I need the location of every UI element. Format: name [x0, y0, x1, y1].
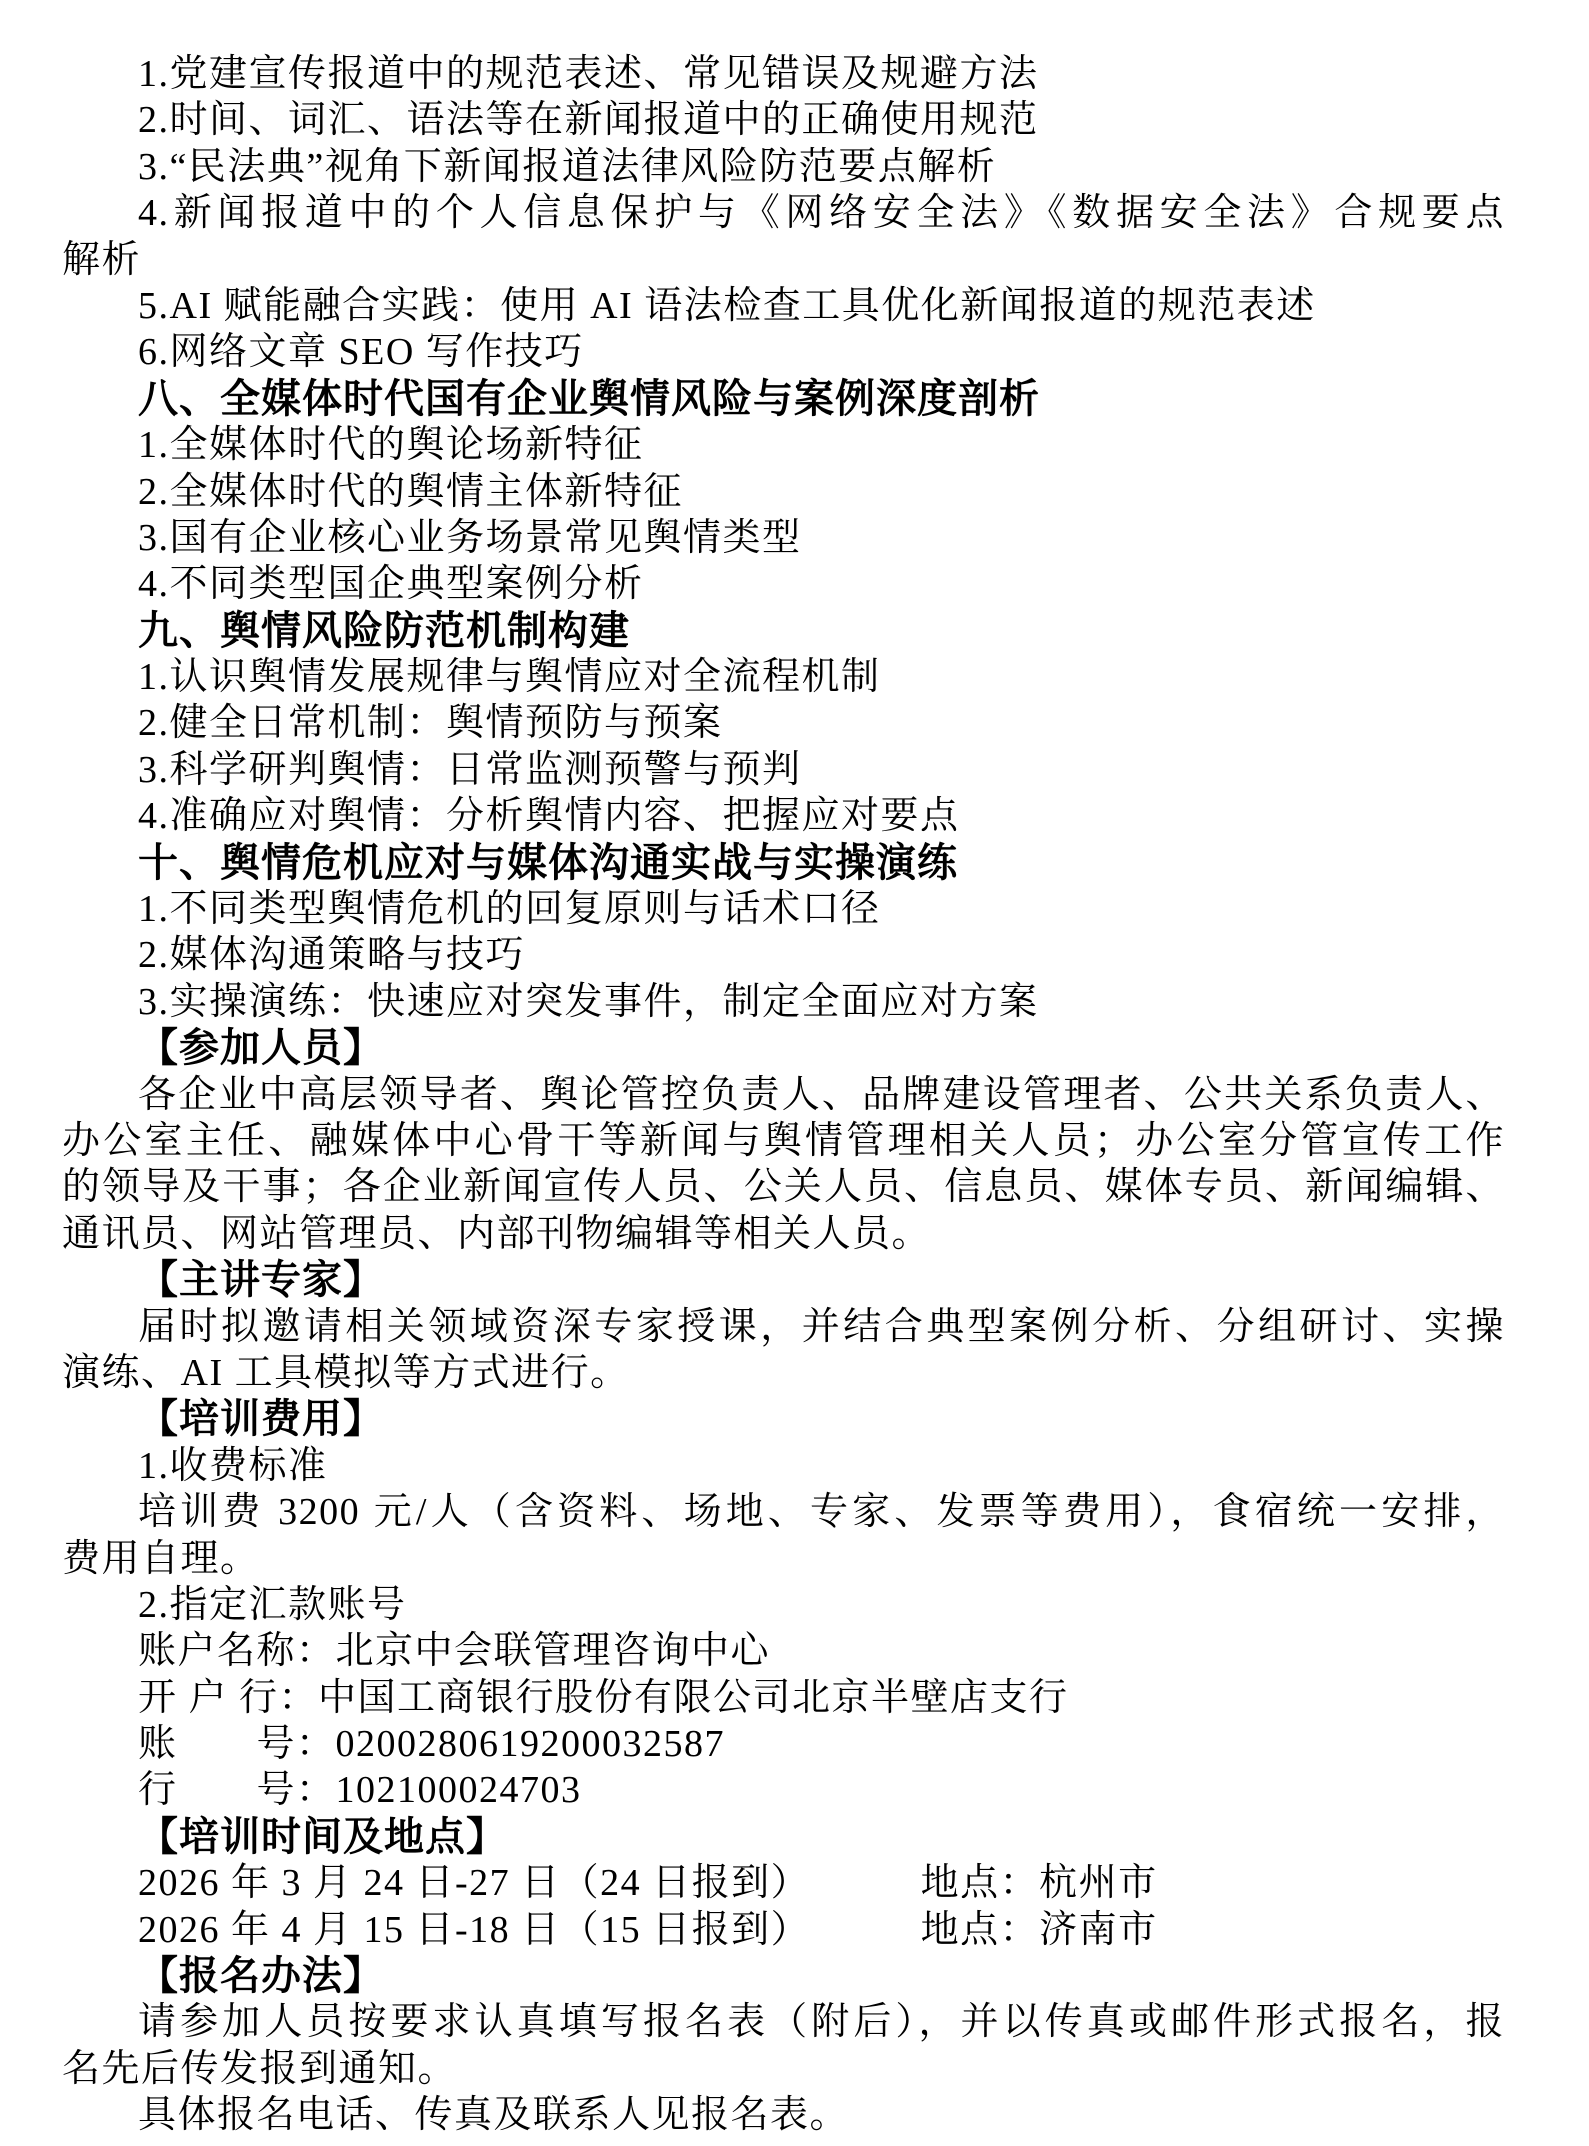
text-line: 4.准确应对舆情：分析舆情内容、把握应对要点	[62, 793, 1505, 839]
text-line: 演练、AI 工具模拟等方式进行。	[62, 1350, 1505, 1396]
text-line: 各企业中高层领导者、舆论管控负责人、品牌建设管理者、公共关系负责人、	[62, 1072, 1505, 1118]
text-line: 具体报名电话、传真及联系人见报名表。	[62, 2092, 1505, 2138]
text-line: 2.指定汇款账号	[62, 1582, 1505, 1628]
bank-number-line: 行 号：102100024703	[62, 1767, 1505, 1813]
document-page: 1.党建宣传报道中的规范表述、常见错误及规避方法2.时间、词汇、语法等在新闻报道…	[0, 0, 1589, 2146]
document-body: 1.党建宣传报道中的规范表述、常见错误及规避方法2.时间、词汇、语法等在新闻报道…	[62, 51, 1505, 2139]
text-line: 3.国有企业核心业务场景常见舆情类型	[62, 515, 1505, 561]
text-line: 届时拟邀请相关领域资深专家授课，并结合典型案例分析、分组研讨、实操	[62, 1304, 1505, 1350]
text-line: 办公室主任、融媒体中心骨干等新闻与舆情管理相关人员；办公室分管宣传工作	[62, 1118, 1505, 1164]
text-line: 解析	[62, 237, 1505, 283]
text-line: 4.新闻报道中的个人信息保护与《网络安全法》《数据安全法》合规要点	[62, 190, 1505, 236]
text-line: 1.党建宣传报道中的规范表述、常见错误及规避方法	[62, 51, 1505, 97]
section-heading-10: 十、舆情危机应对与媒体沟通实战与实操演练	[62, 840, 1505, 886]
bank-name-line: 开 户 行：中国工商银行股份有限公司北京半壁店支行	[62, 1675, 1505, 1721]
schedule-heading: 【培训时间及地点】	[62, 1814, 1505, 1860]
text-line: 1.认识舆情发展规律与舆情应对全流程机制	[62, 654, 1505, 700]
session-2-line: 2026 年 4 月 15 日-18 日（15 日报到） 地点：济南市	[62, 1907, 1505, 1953]
section-heading-9: 九、舆情风险防范机制构建	[62, 608, 1505, 654]
experts-heading: 【主讲专家】	[62, 1257, 1505, 1303]
fees-heading: 【培训费用】	[62, 1396, 1505, 1442]
text-line: 5.AI 赋能融合实践：使用 AI 语法检查工具优化新闻报道的规范表述	[62, 283, 1505, 329]
text-line: 培训费 3200 元/人（含资料、场地、专家、发票等费用），食宿统一安排，	[62, 1489, 1505, 1535]
registration-heading: 【报名办法】	[62, 1953, 1505, 1999]
text-line: 1.全媒体时代的舆论场新特征	[62, 422, 1505, 468]
section-heading-8: 八、全媒体时代国有企业舆情风险与案例深度剖析	[62, 376, 1505, 422]
text-line: 通讯员、网站管理员、内部刊物编辑等相关人员。	[62, 1211, 1505, 1257]
text-line: 2.时间、词汇、语法等在新闻报道中的正确使用规范	[62, 97, 1505, 143]
text-line: 费用自理。	[62, 1536, 1505, 1582]
text-line: 3.“民法典”视角下新闻报道法律风险防范要点解析	[62, 144, 1505, 190]
text-line: 3.实操演练：快速应对突发事件，制定全面应对方案	[62, 979, 1505, 1025]
text-line: 请参加人员按要求认真填写报名表（附后），并以传真或邮件形式报名，报	[62, 1999, 1505, 2045]
text-line: 1.不同类型舆情危机的回复原则与话术口径	[62, 886, 1505, 932]
text-line: 2.全媒体时代的舆情主体新特征	[62, 469, 1505, 515]
text-line: 2.媒体沟通策略与技巧	[62, 932, 1505, 978]
text-line: 4.不同类型国企典型案例分析	[62, 561, 1505, 607]
text-line: 2.健全日常机制：舆情预防与预案	[62, 700, 1505, 746]
text-line: 3.科学研判舆情：日常监测预警与预判	[62, 747, 1505, 793]
text-line: 名先后传发报到通知。	[62, 2046, 1505, 2092]
text-line: 6.网络文章 SEO 写作技巧	[62, 329, 1505, 375]
text-line: 的领导及干事；各企业新闻宣传人员、公关人员、信息员、媒体专员、新闻编辑、	[62, 1164, 1505, 1210]
text-line: 1.收费标准	[62, 1443, 1505, 1489]
account-number-line: 账 号：0200280619200032587	[62, 1721, 1505, 1767]
participants-heading: 【参加人员】	[62, 1025, 1505, 1071]
account-name-line: 账户名称：北京中会联管理咨询中心	[62, 1628, 1505, 1674]
session-1-line: 2026 年 3 月 24 日-27 日（24 日报到） 地点：杭州市	[62, 1860, 1505, 1906]
